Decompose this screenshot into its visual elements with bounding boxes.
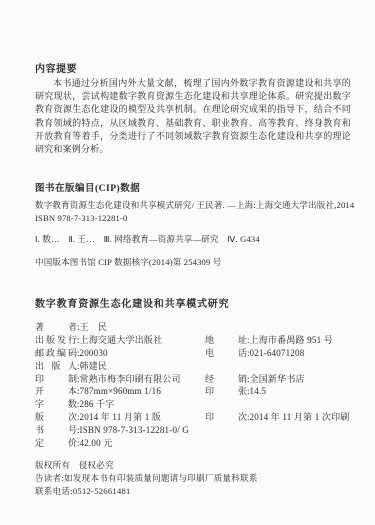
pub-cell: 出版发行:上海交通大学出版社 (35, 334, 205, 347)
copyright-notice: 版权所有侵权必究 (35, 459, 359, 472)
pub-value: 上海交通大学出版社 (80, 334, 163, 347)
pub-cell: 字数:286 千字 (35, 398, 205, 411)
cip-title-line: 数字教育资源生态化建设和共享模式研究/ 王民著. —上海:上海交通大学出版社,2… (35, 199, 359, 212)
pub-value: 42.00 元 (80, 437, 113, 450)
copyright-page: 内容提要 本书通过分析国内外大量文献，梳理了国内外数字教育资源建设和共享的研究现… (0, 0, 375, 525)
pub-label: 书号 (35, 424, 77, 437)
pub-value: 286 千字 (80, 398, 115, 411)
pub-label: 经销 (205, 373, 247, 386)
pub-row-author: 著者:王 民 (35, 321, 361, 334)
pub-value: 200030 (80, 347, 108, 360)
pub-label: 版次 (35, 411, 77, 424)
pub-cell: 书号:ISBN 978-7-313-12281-0/ G (35, 424, 205, 437)
pub-cell: 定价:42.00 元 (35, 437, 205, 450)
pub-cell: 著者:王 民 (35, 321, 205, 334)
pub-cell: 印次:2014 年 11 月第 1 次印刷 (205, 411, 361, 424)
pub-cell: 地址:上海市番禺路 951 号 (205, 334, 361, 347)
pub-value: 021-64071208 (250, 347, 305, 360)
cip-registration-line: 中国版本图书馆 CIP 数据核字(2014)第 254309 号 (35, 256, 359, 269)
content-summary-heading: 内容提要 (35, 63, 351, 76)
pub-row-publisher-person: 出版人:韩建民 (35, 360, 361, 373)
pub-row-edition-printing: 版次:2014 年 11 月第 1 版 印次:2014 年 11 月第 1 次印… (35, 411, 361, 424)
pub-value: 韩建民 (80, 360, 108, 373)
pub-row-printer-distributor: 印制:常熟市梅李印刷有限公司 经销:全国新华书店 (35, 373, 361, 386)
pub-label: 开本 (35, 385, 77, 398)
cip-classification-line: Ⅰ. 数… Ⅱ. 王… Ⅲ. 网络教育—资源共享—研究 Ⅳ. G434 (35, 233, 359, 246)
pub-cell: 印张:14.5 (205, 385, 361, 398)
pub-value: 2014 年 11 月第 1 次印刷 (250, 411, 350, 424)
pub-value: 全国新华书店 (250, 373, 305, 386)
pub-value: ISBN 978-7-313-12281-0/ G (80, 424, 190, 437)
pub-value: 常熟市梅李印刷有限公司 (80, 373, 181, 386)
pub-label: 出版人 (35, 360, 77, 373)
publication-info-section: 著者:王 民 出版发行:上海交通大学出版社 地址:上海市番禺路 951 号 邮政… (35, 321, 361, 450)
reader-notice: 告读者:如发现本书有印装质量问题请与印刷厂质量科联系 (35, 472, 359, 485)
pub-row-price: 定价:42.00 元 (35, 437, 361, 450)
pub-label: 地址 (205, 334, 247, 347)
pub-row-format-sheets: 开本:787mm×960mm 1/16 印张:14.5 (35, 385, 361, 398)
pub-row-isbn: 书号:ISBN 978-7-313-12281-0/ G (35, 424, 361, 437)
book-title: 数字教育资源生态化建设和共享模式研究 (35, 295, 229, 310)
cip-section: 图书在版编目(CIP)数据 数字教育资源生态化建设和共享模式研究/ 王民著. —… (35, 183, 359, 269)
cip-isbn-line: ISBN 978-7-313-12281-0 (35, 212, 359, 225)
pub-cell: 电话:021-64071208 (205, 347, 361, 360)
pub-cell: 版次:2014 年 11 月第 1 版 (35, 411, 205, 424)
cip-heading: 图书在版编目(CIP)数据 (35, 183, 359, 196)
pub-cell: 开本:787mm×960mm 1/16 (35, 385, 205, 398)
pub-label: 著者 (35, 321, 77, 334)
content-summary-section: 内容提要 本书通过分析国内外大量文献，梳理了国内外数字教育资源建设和共享的研究现… (35, 63, 351, 156)
pub-label: 印次 (205, 411, 247, 424)
pub-value: 2014 年 11 月第 1 版 (80, 411, 162, 424)
pub-value: 787mm×960mm 1/16 (80, 385, 162, 398)
content-summary-text: 本书通过分析国内外大量文献，梳理了国内外数字教育资源建设和共享的研究现状，尝试构… (35, 77, 351, 156)
copyright-notice-right: 侵权必究 (79, 460, 114, 470)
pub-row-wordcount: 字数:286 千字 (35, 398, 361, 411)
pub-label: 印张 (205, 385, 247, 398)
pub-cell: 出版人:韩建民 (35, 360, 205, 373)
pub-label: 印制 (35, 373, 77, 386)
pub-value: 14.5 (250, 385, 267, 398)
contact-phone: 联系电话:0512-52661481 (35, 485, 359, 498)
pub-cell: 邮政编码:200030 (35, 347, 205, 360)
pub-value: 王 民 (80, 321, 108, 334)
pub-label: 字数 (35, 398, 77, 411)
pub-label: 定价 (35, 437, 77, 450)
pub-label: 电话 (205, 347, 247, 360)
pub-row-publisher-address: 出版发行:上海交通大学出版社 地址:上海市番禺路 951 号 (35, 334, 361, 347)
pub-row-zipcode-phone: 邮政编码:200030 电话:021-64071208 (35, 347, 361, 360)
pub-cell: 经销:全国新华书店 (205, 373, 361, 386)
pub-label: 邮政编码 (35, 347, 77, 360)
pub-cell: 印制:常熟市梅李印刷有限公司 (35, 373, 205, 386)
copyright-footer: 版权所有侵权必究 告读者:如发现本书有印装质量问题请与印刷厂质量科联系 联系电话… (35, 459, 359, 498)
pub-label: 出版发行 (35, 334, 77, 347)
copyright-notice-left: 版权所有 (35, 460, 70, 470)
pub-value: 上海市番禺路 951 号 (250, 334, 333, 347)
